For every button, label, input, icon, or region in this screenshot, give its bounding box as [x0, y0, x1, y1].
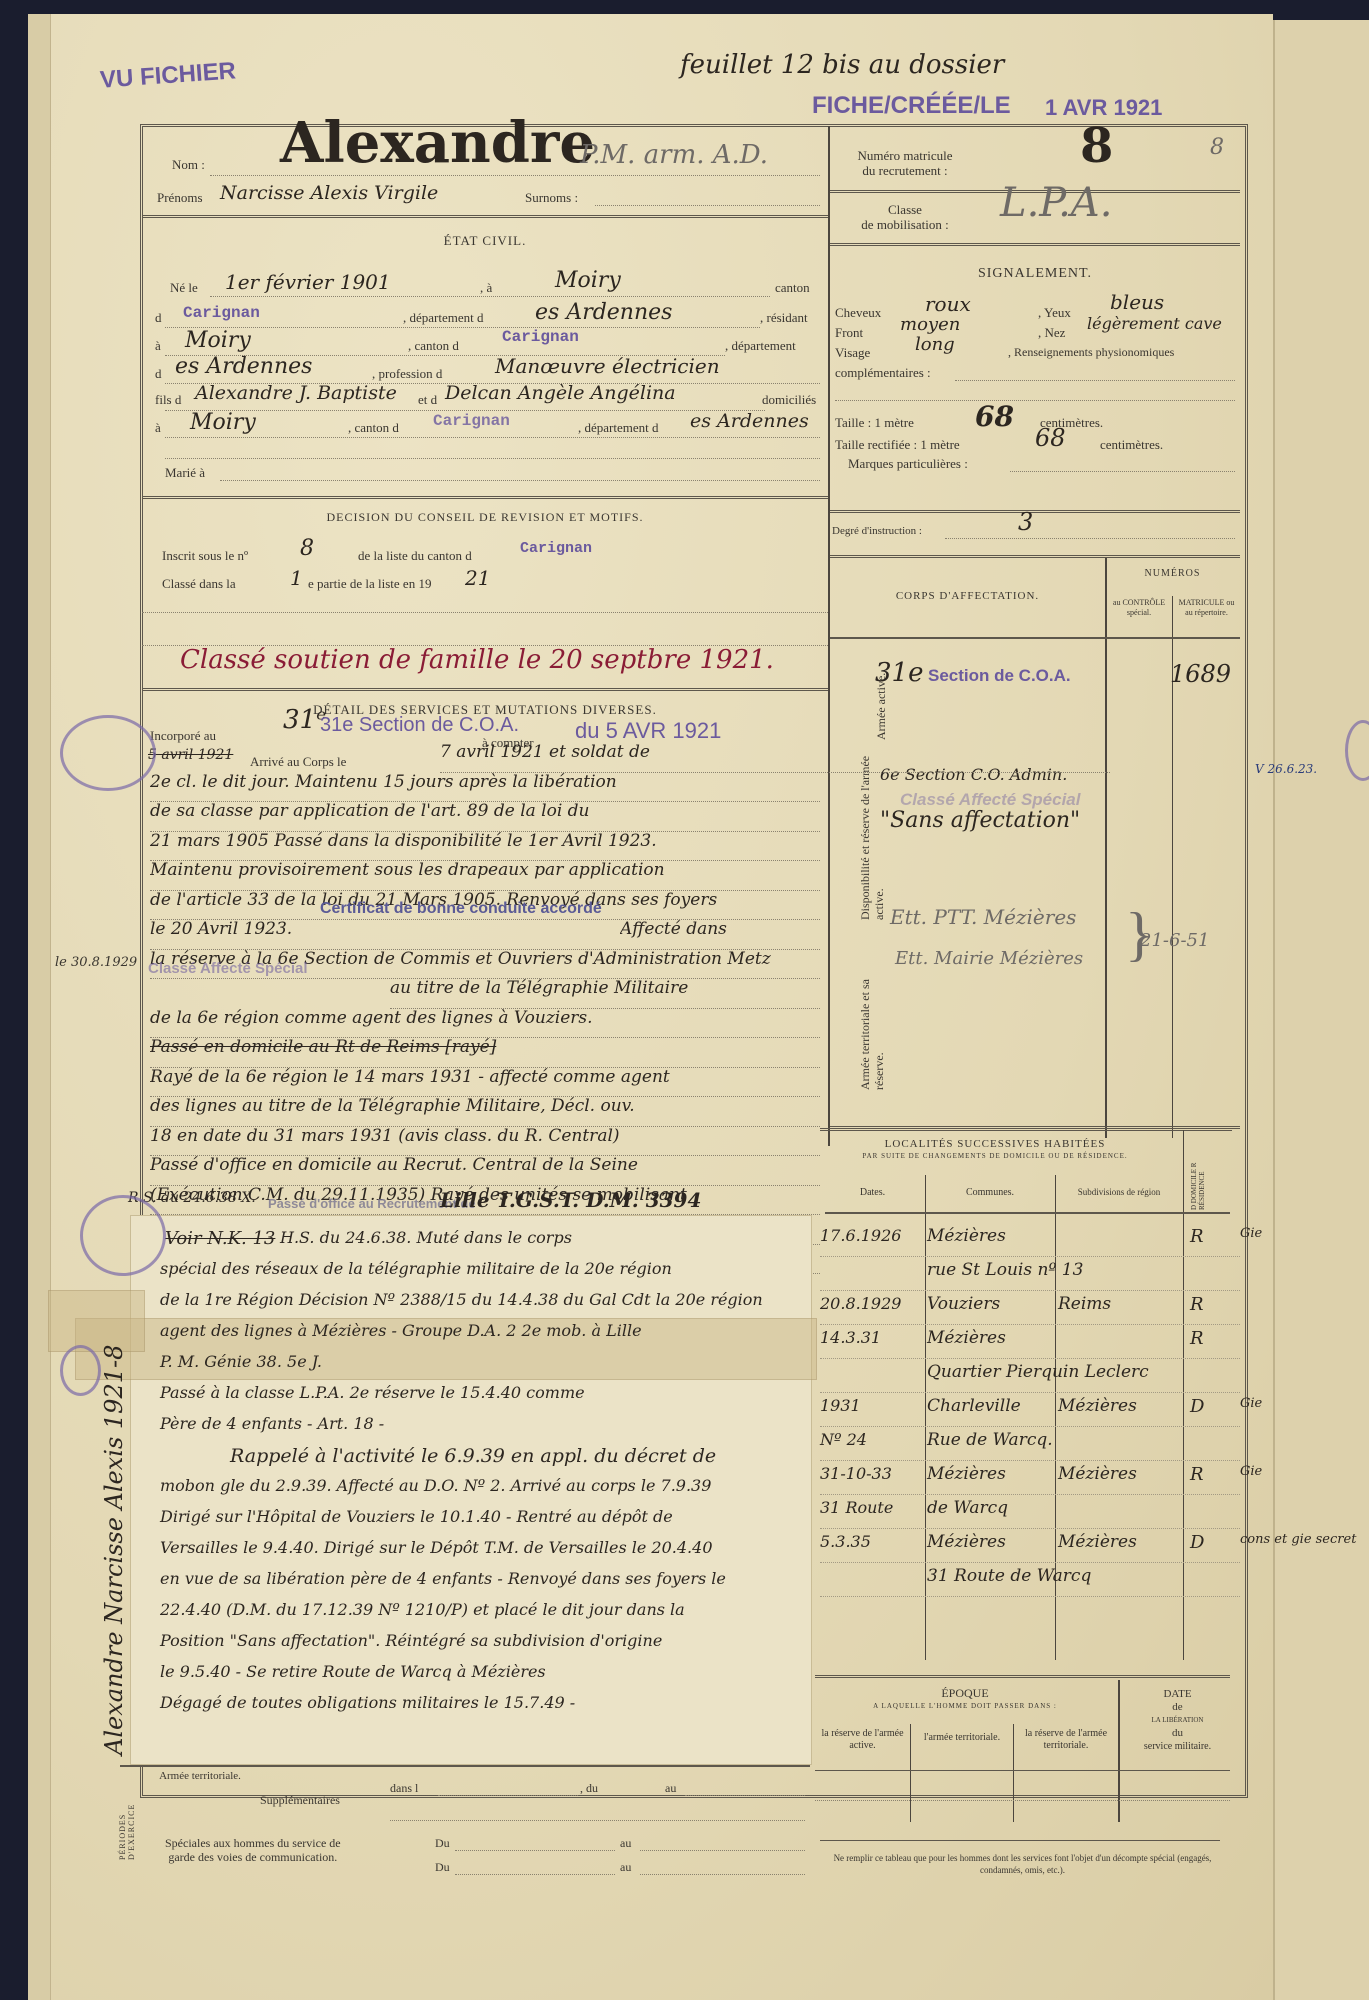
taille-rectifiee-label: Taille rectifiée : 1 mètre	[835, 437, 960, 453]
slip-line: Dégagé de toutes obligations militaires …	[160, 1693, 575, 1712]
slip-line: agent des lignes à Mézières - Groupe D.A…	[160, 1321, 642, 1340]
ne-le-value: 1er février 1901	[225, 270, 391, 294]
localite-date: Nº 24	[820, 1430, 925, 1449]
line	[640, 1874, 805, 1875]
periodes-side-label: PÉRIODES D'EXERCICE	[118, 1780, 136, 1860]
departement-value-3: es Ardennes	[690, 410, 809, 432]
localites-subtitle: PAR SUITE DE CHANGEMENTS DE DOMICILE OU …	[820, 1152, 1170, 1160]
marie-label: Marié à	[165, 465, 205, 481]
slip-line: Passé à la classe L.P.A. 2e réserve le 1…	[160, 1383, 585, 1402]
classe-label-line1: Classe	[845, 202, 965, 217]
localite-row: rue St Louis nº 13	[820, 1256, 1240, 1291]
divider	[142, 688, 828, 691]
matricule-label-line2: du recrutement :	[845, 163, 965, 178]
cheveux-label: Cheveux	[835, 305, 881, 321]
affectation-matricule: 1689	[1170, 660, 1231, 688]
epoque-col-territoriale: l'armée territoriale.	[912, 1732, 1012, 1744]
matricule-label: Numéro matricule du recrutement :	[845, 148, 965, 178]
front-label: Front	[835, 325, 863, 341]
localite-commune: de Warcq	[927, 1498, 1057, 1518]
periodes-speciales: Spéciales aux hommes du service de garde…	[165, 1836, 341, 1864]
divider	[830, 243, 1240, 246]
tape-strip	[48, 1290, 145, 1352]
surnoms-label: Surnoms :	[525, 190, 578, 206]
slip-struck-line: Voir N.K. 13	[165, 1228, 275, 1249]
divider	[830, 555, 1240, 558]
et-de-label: et d	[418, 392, 437, 408]
canton-label-2: , canton d	[408, 338, 459, 354]
date-du: du	[1120, 1727, 1235, 1740]
stamp-fiche-creee: FICHE/CRÉÉE/LE	[812, 92, 1011, 120]
epoque-footnote: Ne remplir ce tableau que pour les homme…	[820, 1852, 1225, 1876]
matricule-label-line1: Numéro matricule	[845, 148, 965, 163]
signalement-title: SIGNALEMENT.	[830, 266, 1240, 282]
mere-value: Delcan Angèle Angélina	[445, 382, 676, 404]
localites-col-subdivisions: Subdivisions de région	[1055, 1187, 1183, 1197]
line	[210, 296, 770, 297]
localite-subdivision: Reims	[1058, 1294, 1183, 1314]
column-divider	[1013, 1724, 1014, 1822]
localite-date: 17.6.1926	[820, 1226, 925, 1245]
residence-a: à	[155, 338, 161, 354]
localite-row: 1931CharlevilleMézièresDGie	[820, 1392, 1240, 1427]
partie-label: e partie de la liste en 19	[308, 576, 431, 592]
inscrit-value: 8	[300, 536, 314, 561]
departement-d-2: d	[155, 366, 162, 382]
localite-row: Nº 24Rue de Warcq.	[820, 1426, 1240, 1461]
slip-line: Dirigé sur l'Hôpital de Vouziers le 10.1…	[160, 1507, 673, 1526]
localites-col-dates: Dates.	[820, 1187, 925, 1198]
line	[455, 1850, 615, 1851]
affecte-special-stamp: Classé Affecté Spécial	[900, 790, 1080, 810]
epoque-subtitle: A LAQUELLE L'HOMME DOIT PASSER DANS :	[815, 1702, 1115, 1710]
service-line: Affecté dans	[620, 919, 820, 949]
line	[220, 480, 820, 481]
localite-subdivision: Mézières	[1058, 1464, 1183, 1484]
line	[165, 458, 820, 459]
slip-line: le 9.5.40 - Se retire Route de Warcq à M…	[160, 1662, 546, 1681]
nez-label: , Nez	[1038, 325, 1065, 341]
service-line: 18 en date du 31 mars 1931 (avis class. …	[150, 1126, 820, 1157]
taille-label: Taille : 1 mètre	[835, 415, 914, 431]
inscrit-label: Inscrit sous le nº	[162, 548, 248, 564]
affectation-entry-5: Ett. Mairie Mézières	[895, 948, 1083, 969]
slip-line: de la 1re Région Décision Nº 2388/15 du …	[160, 1290, 763, 1309]
line	[640, 1850, 805, 1851]
nom-annotation: P.M. arm. A.D.	[580, 140, 768, 170]
line	[165, 327, 760, 328]
periodes-au: au	[665, 1781, 676, 1796]
departement-label-2: , département	[725, 338, 796, 354]
affectation-entry-4: Ett. PTT. Mézières	[890, 905, 1076, 929]
round-stamp	[80, 1195, 166, 1276]
speciales-line1: Spéciales aux hommes du service de	[165, 1836, 341, 1850]
round-stamp	[60, 715, 156, 791]
periodes-armee-territoriale: Armée territoriale.	[155, 1770, 245, 1783]
slip-line: Position "Sans affectation". Réintégré s…	[160, 1631, 662, 1650]
fils-label: fils d	[155, 392, 181, 408]
margin-note: le 30.8.1929	[55, 955, 137, 970]
yeux-label: , Yeux	[1038, 305, 1071, 321]
slip-line: P. M. Génie 38. 5e J.	[160, 1352, 322, 1371]
date-title: DATE	[1120, 1688, 1235, 1701]
localites-col-dr: D DOMICILE R RÉSIDENCE	[1190, 1150, 1206, 1210]
speciales-line2: garde des voies de communication.	[165, 1850, 341, 1864]
taille-rectifiee-value: 68	[1035, 424, 1066, 452]
canton-label: canton	[775, 280, 810, 296]
lieu-naissance: Moiry	[555, 268, 621, 293]
complementaires-label: complémentaires :	[835, 365, 931, 381]
date-liberation-header: DATE de LA LIBÉRATION du service militai…	[1120, 1688, 1235, 1753]
service-line: 21 mars 1905 Passé dans la disponibilité…	[150, 831, 820, 862]
divider	[830, 637, 1240, 639]
service-line: Passé en domicile au Rt de Reims [rayé]	[150, 1037, 820, 1068]
line	[955, 380, 1235, 381]
affectation-num: 31e	[875, 658, 923, 688]
prenoms-value: Narcisse Alexis Virgile	[220, 182, 438, 204]
residant-label: , résidant	[760, 310, 808, 326]
line	[815, 1800, 1230, 1801]
matricule-value: 8	[1080, 118, 1113, 174]
liste-canton-label: de la liste du canton d	[358, 548, 472, 564]
classe-label-line2: de mobilisation :	[845, 217, 965, 232]
line	[945, 538, 1235, 539]
service-line: de sa classe par application de l'art. 8…	[150, 801, 820, 832]
line	[455, 1874, 615, 1875]
yeux-value: bleus	[1110, 290, 1164, 314]
canton-stamp: Carignan	[183, 304, 260, 322]
profession-label: , profession d	[372, 366, 442, 382]
adjacent-page-edge	[1273, 20, 1369, 2000]
localite-commune: Mézières	[927, 1464, 1057, 1484]
localite-note: Gie	[1240, 1464, 1300, 1479]
canton-label-3: , canton d	[348, 420, 399, 436]
date-service: service militaire.	[1120, 1740, 1235, 1753]
localite-row: 31 Route de Warcq	[820, 1562, 1240, 1597]
marques-label: Marques particulières :	[848, 456, 968, 472]
front-value: moyen	[900, 314, 960, 335]
canton-stamp-3: Carignan	[433, 412, 510, 430]
services-section-stamp: 31e Section de C.O.A.	[320, 714, 519, 737]
degre-instruction-value: 3	[1018, 508, 1033, 536]
divider	[820, 1128, 1232, 1131]
numeros-title: NUMÉROS	[1105, 568, 1240, 579]
service-line: 7 avril 1921 et soldat de	[440, 742, 1110, 773]
localite-date: 20.8.1929	[820, 1294, 925, 1313]
visage-label: Visage	[835, 345, 870, 361]
divider	[142, 496, 828, 499]
a-label: , à	[480, 280, 492, 296]
line	[438, 1795, 578, 1796]
slip-vertical-note: Alexandre Narcisse Alexis 1921-8	[100, 1345, 128, 1755]
date-liberation: LA LIBÉRATION	[1120, 1714, 1235, 1727]
classe-affecte-special-stamp: Classé Affecté Spécial	[148, 960, 308, 977]
localite-date: 14.3.31	[820, 1328, 925, 1347]
visage-value: long	[915, 334, 955, 355]
top-note: feuillet 12 bis au dossier	[680, 50, 1004, 80]
liste-canton-stamp: Carignan	[520, 540, 592, 557]
profession-value: Manœuvre électricien	[495, 354, 720, 378]
struck-incorporation-date: 5 avril 1921	[148, 747, 233, 763]
periodes-supplementaires: Supplémentaires	[260, 1793, 340, 1808]
classe-partie-value: 1	[290, 566, 303, 590]
slip-line: 22.4.40 (D.M. du 17.12.39 Nº 1210/P) et …	[160, 1600, 685, 1619]
localite-row: 14.3.31MézièresR	[820, 1324, 1240, 1359]
domicilies-label: domiciliés	[762, 392, 816, 408]
divider	[820, 1840, 1220, 1841]
localite-note: Gie	[1240, 1226, 1300, 1241]
localite-row: 5.3.35MézièresMézièresDcons et gie secre…	[820, 1528, 1240, 1563]
localite-date: 31-10-33	[820, 1464, 925, 1483]
nez-value: légèrement cave	[1087, 314, 1222, 333]
slip-line: Rappelé à l'activité le 6.9.39 en appl. …	[230, 1445, 716, 1467]
service-line: Passé d'office en domicile au Recrut. Ce…	[150, 1155, 820, 1186]
prenoms-label: Prénoms	[157, 190, 203, 206]
canton-d: d	[155, 310, 162, 326]
matricule-repertoire-label: MATRICULE ou au répertoire.	[1175, 598, 1238, 618]
canton-stamp-2: Carignan	[502, 328, 579, 346]
localite-commune: Rue de Warcq.	[927, 1430, 1057, 1450]
localite-note: Gie	[1240, 1396, 1300, 1411]
affectation-bracket-date: 21-6-51	[1140, 930, 1209, 951]
line	[685, 1795, 805, 1796]
column-divider	[1105, 558, 1107, 1138]
date-de: de	[1120, 1701, 1235, 1714]
line	[165, 437, 820, 438]
pere-value: Alexandre J. Baptiste	[195, 382, 397, 404]
divider	[120, 1765, 810, 1767]
departement-value-2: es Ardennes	[175, 354, 312, 379]
slip-line: en vue de sa libération père de 4 enfant…	[160, 1569, 726, 1588]
localite-note: cons et gie secret	[1240, 1532, 1300, 1547]
renseignements-label: , Renseignements physionomiques	[1008, 345, 1174, 360]
localite-dr: D	[1190, 1532, 1215, 1553]
epoque-col-reserve-active: la réserve de l'armée active.	[815, 1728, 910, 1752]
round-stamp	[60, 1345, 101, 1396]
localite-commune: Vouziers	[927, 1294, 1057, 1314]
localite-dr: D	[1190, 1396, 1215, 1417]
service-line: 2e cl. le dit jour. Maintenu 15 jours ap…	[150, 772, 820, 803]
localite-row: Quartier Pierquin Leclerc	[820, 1358, 1240, 1393]
corps-affectation-title: CORPS D'AFFECTATION.	[830, 590, 1105, 602]
incorpore-label: Incorporé au	[150, 728, 216, 744]
slip-line: spécial des réseaux de la télégraphie mi…	[160, 1259, 672, 1278]
soutien-famille-note: Classé soutien de famille le 20 septbre …	[180, 645, 774, 675]
taille-value: 68	[975, 400, 1014, 433]
localites-title: LOCALITÉS SUCCESSIVES HABITÉES	[820, 1138, 1170, 1150]
divider	[142, 215, 828, 218]
slip-line: Père de 4 enfants - Art. 18 -	[160, 1414, 384, 1433]
epoque-title: ÉPOQUE	[815, 1686, 1115, 1701]
localite-commune: Quartier Pierquin Leclerc	[927, 1362, 1057, 1382]
speciales-au-2: au	[620, 1860, 631, 1875]
cheveux-value: roux	[925, 292, 971, 316]
service-line: Maintenu provisoirement sous les drapeau…	[150, 860, 820, 891]
territoriale-label: Armée territoriale et sa réserve.	[858, 950, 886, 1090]
centimetres-label-2: centimètres.	[1100, 437, 1163, 453]
localite-row: 31 Routede Warcq	[820, 1494, 1240, 1529]
affectation-entry-3: "Sans affectation"	[880, 808, 1080, 833]
speciales-au-1: au	[620, 1836, 631, 1851]
a-compter-value: du 5 AVR 1921	[575, 718, 721, 744]
localite-date: 1931	[820, 1396, 925, 1415]
matricule-pencil: 8	[1210, 135, 1224, 160]
surnoms-line	[595, 205, 820, 206]
localite-date: 5.3.35	[820, 1532, 925, 1551]
departement-value: es Ardennes	[535, 300, 672, 325]
line	[142, 612, 828, 613]
decision-title: DECISION DU CONSEIL DE REVISION ET MOTIF…	[142, 510, 828, 525]
column-divider	[910, 1724, 911, 1822]
localite-dr: R	[1190, 1294, 1215, 1315]
classe-mobilisation-value: L.P.A.	[1000, 180, 1112, 226]
localite-dr: R	[1190, 1226, 1215, 1247]
localite-row: 20.8.1929VouziersReimsR	[820, 1290, 1240, 1325]
residence-value: Moiry	[185, 328, 251, 353]
arrive-label: Arrivé au Corps le	[250, 754, 346, 770]
line	[835, 400, 1235, 401]
line	[390, 1820, 805, 1821]
nom-value: Alexandre	[280, 110, 595, 176]
au-controle-label: au CONTRÔLE spécial.	[1108, 598, 1170, 618]
divider	[830, 510, 1240, 513]
service-line: au titre de la Télégraphie Militaire	[390, 978, 820, 1009]
localite-row: 17.6.1926MézièresRGie	[820, 1222, 1240, 1257]
localite-commune: Mézières	[927, 1226, 1057, 1246]
localite-dr: R	[1190, 1328, 1215, 1349]
annee-value: 21	[465, 566, 490, 590]
slip-line: mobon gle du 2.9.39. Affecté au D.O. Nº …	[160, 1476, 711, 1495]
slip-line: H.S. du 24.6.38. Muté dans le corps	[280, 1228, 572, 1247]
localite-date: 31 Route	[820, 1498, 925, 1517]
departement-label-3: , département d	[578, 420, 659, 436]
domicile-value: Moiry	[190, 410, 256, 435]
departement-label: , département d	[403, 310, 484, 326]
service-line: Rayé de la 6e région le 14 mars 1931 - a…	[150, 1067, 820, 1098]
passe-office-value: Lille T.G.S.T. D.M. 3394	[440, 1188, 701, 1212]
nom-label: Nom :	[172, 157, 205, 173]
classe-dans-label: Classé dans la	[162, 576, 236, 592]
divider	[825, 1212, 1230, 1214]
domicile-a: à	[155, 420, 161, 436]
page-fold	[28, 14, 51, 2000]
certificat-bonne-conduite-stamp: Certificat de bonne conduite accordé	[320, 900, 602, 918]
localite-commune: Charleville	[927, 1396, 1057, 1416]
etat-civil-title: ÉTAT CIVIL.	[142, 233, 828, 249]
localite-commune: 31 Route de Warcq	[927, 1566, 1057, 1586]
line	[1010, 471, 1235, 472]
side-check-note: V 26.6.23.	[1255, 762, 1317, 776]
divider	[815, 1675, 1230, 1678]
localite-subdivision: Mézières	[1058, 1532, 1183, 1552]
degre-instruction-label: Degré d'instruction :	[832, 525, 922, 537]
ne-le-label: Né le	[170, 280, 198, 296]
speciales-du-2: Du	[435, 1860, 450, 1875]
periodes-du: , du	[580, 1781, 598, 1796]
localite-dr: R	[1190, 1464, 1215, 1485]
classe-mobilisation-label: Classe de mobilisation :	[845, 202, 965, 232]
service-line: des lignes au titre de la Télégraphie Mi…	[150, 1096, 820, 1127]
localite-commune: Mézières	[927, 1532, 1057, 1552]
speciales-du-1: Du	[435, 1836, 450, 1851]
localites-col-communes: Communes.	[925, 1187, 1055, 1198]
localite-subdivision: Mézières	[1058, 1396, 1183, 1416]
localite-commune: Mézières	[927, 1328, 1057, 1348]
localite-commune: rue St Louis nº 13	[927, 1260, 1057, 1280]
slip-line: Versailles le 9.4.40. Dirigé sur le Dépô…	[160, 1538, 713, 1557]
divider	[815, 1770, 1230, 1771]
affectation-section-stamp: Section de C.O.A.	[928, 666, 1071, 686]
service-line: de la 6e région comme agent des lignes à…	[150, 1008, 820, 1039]
localite-row: 31-10-33MézièresMézièresRGie	[820, 1460, 1240, 1495]
epoque-col-reserve-territoriale: la réserve de l'armée territoriale.	[1015, 1728, 1117, 1752]
periodes-dans: dans l	[390, 1781, 418, 1796]
